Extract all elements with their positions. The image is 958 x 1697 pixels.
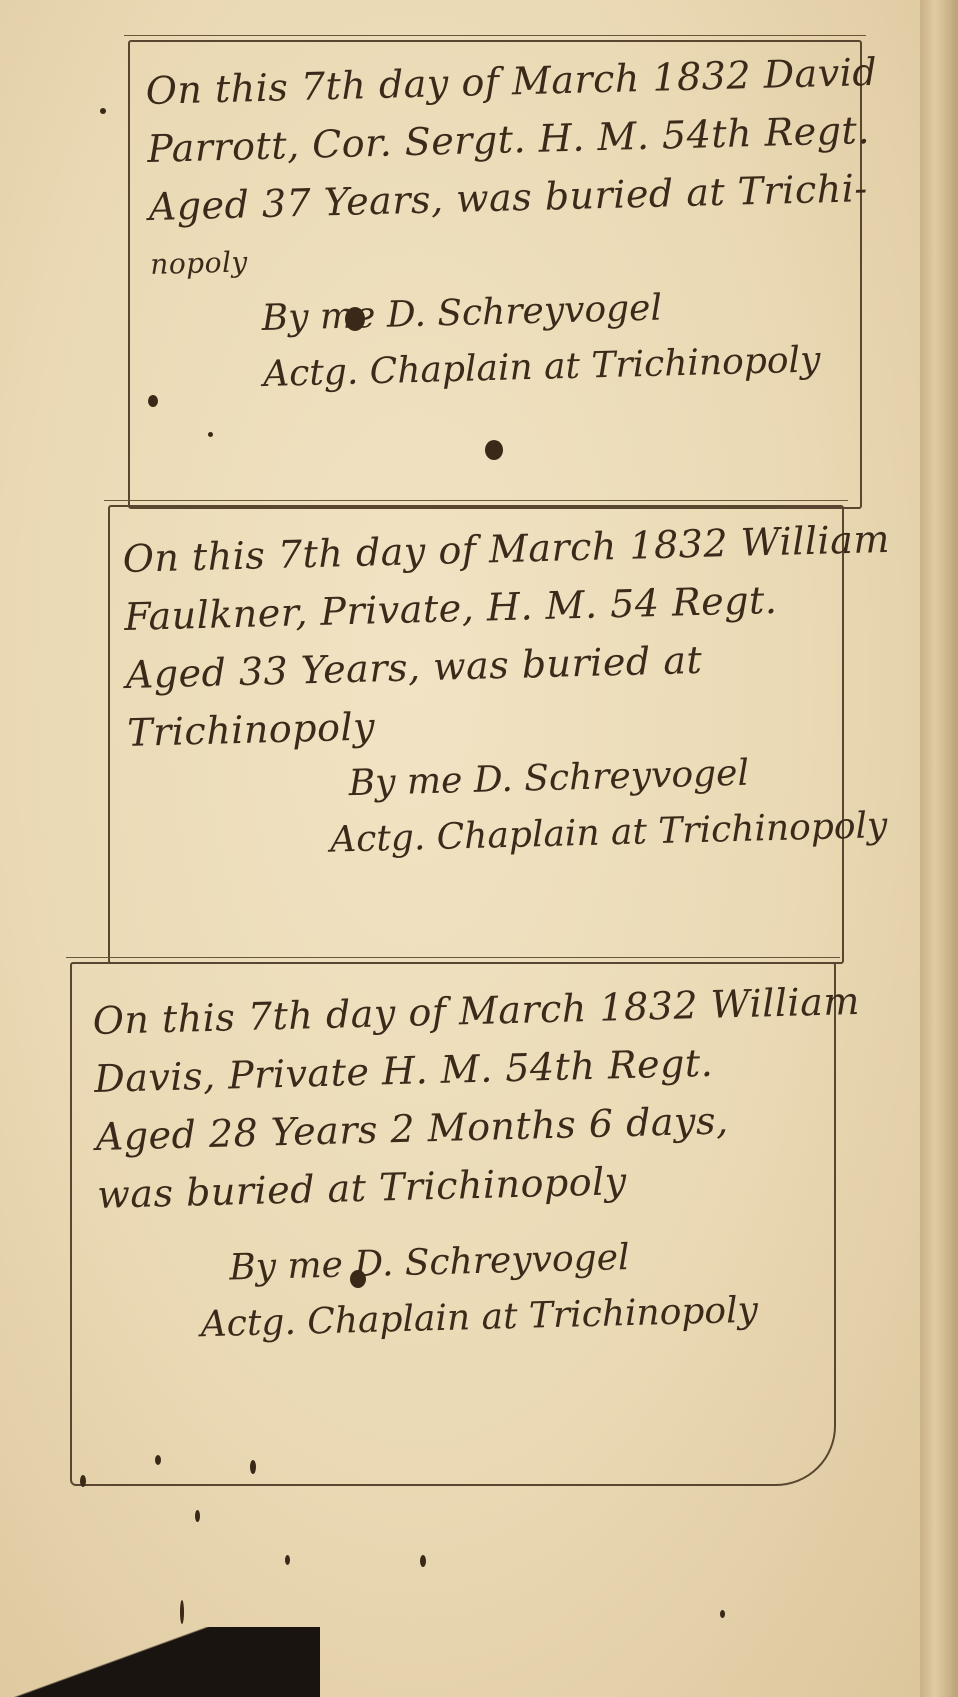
ink-spatter [195, 1510, 200, 1522]
ink-spatter [80, 1475, 86, 1487]
ink-spatter [250, 1460, 256, 1474]
ink-blot [485, 440, 503, 460]
ink-spatter [420, 1555, 426, 1567]
ink-spatter [100, 108, 106, 114]
burial-entry-2: On this 7th day of March 1832 William Fa… [122, 510, 898, 874]
page-edge [920, 0, 958, 1697]
ink-spatter [180, 1600, 184, 1624]
ink-spatter [155, 1455, 161, 1465]
ink-spatter [285, 1555, 290, 1565]
book-shadow [0, 1627, 320, 1697]
ink-blot [350, 1270, 366, 1288]
ink-spatter [208, 432, 213, 437]
ink-blot [345, 307, 365, 331]
burial-entry-3: On this 7th day of March 1832 William Da… [92, 972, 869, 1356]
burial-entry-1: On this 7th day of March 1832 David Parr… [145, 43, 885, 406]
ink-spatter [720, 1610, 725, 1618]
ink-blot [148, 395, 158, 407]
